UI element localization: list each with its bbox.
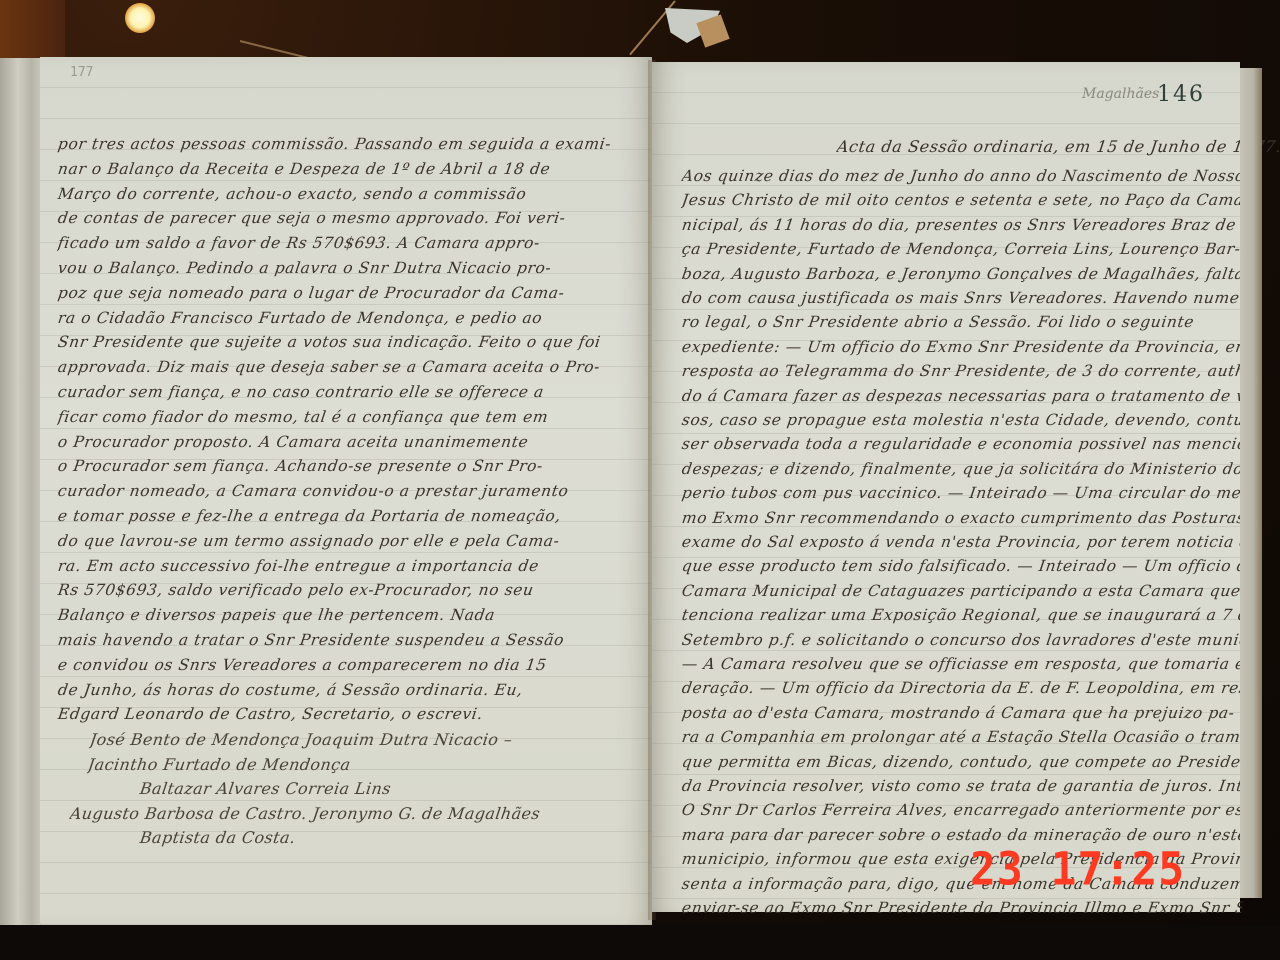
table-surface <box>0 925 1280 960</box>
handwritten-line: do com causa justificada os mais Snrs Ve… <box>681 289 1244 307</box>
minutes-heading: Acta da Sessão ordinaria, em 15 de Junho… <box>836 137 1280 156</box>
handwritten-line: mais havendo a tratar o Snr Presidente s… <box>57 631 640 649</box>
handwritten-line: ça Presidente, Furtado de Mendonça, Corr… <box>681 240 1244 258</box>
handwritten-line: do á Camara fazer as despezas necessaria… <box>681 387 1244 405</box>
handwritten-line: Camara Municipal de Cataguazes participa… <box>681 582 1244 600</box>
handwritten-line: ra a Companhia em prolongar até a Estaçã… <box>681 728 1244 746</box>
handwritten-line: Snr Presidente que sujeite a votos sua i… <box>57 333 640 351</box>
handwritten-line: vou o Balanço. Pedindo a palavra o Snr D… <box>57 259 640 277</box>
handwritten-line: enviar-se ao Exmo Snr Presidente da Prov… <box>681 899 1244 917</box>
page-header-annotation: Magalhães <box>1082 86 1159 102</box>
handwritten-line: e tomar posse e fez-lhe a entrega da Por… <box>57 507 640 525</box>
handwritten-line: posta ao d'esta Camara, mostrando á Cama… <box>681 704 1244 722</box>
handwritten-line: Março do corrente, achou-o exacto, sendo… <box>57 185 640 203</box>
handwritten-line: Balanço e diversos papeis que lhe perten… <box>57 606 640 624</box>
handwritten-line: — A Camara resolveu que se officiasse em… <box>681 655 1244 673</box>
signature-line: Baltazar Alvares Correia Lins <box>139 779 702 798</box>
camera-timestamp-overlay: 23 17:25 <box>970 844 1185 897</box>
handwritten-line: nicipal, ás 11 horas do dia, presentes o… <box>681 216 1244 234</box>
handwritten-line: ra. Em acto successivo foi-lhe entregue … <box>57 557 640 575</box>
handwritten-line: approvada. Diz mais que deseja saber se … <box>57 358 640 376</box>
handwritten-line: despezas; e dizendo, finalmente, que ja … <box>681 460 1244 478</box>
handwritten-line: e convidou os Snrs Vereadores a comparec… <box>57 656 640 674</box>
handwritten-line: curador nomeado, a Camara convidou-o a p… <box>57 482 640 500</box>
ledger-left-page: 177 por tres actos pessoas commissão. Pa… <box>40 57 652 927</box>
handwritten-line: sos, caso se propague esta molestia n'es… <box>681 411 1244 429</box>
handwritten-line: deração. — Um officio da Directoria da E… <box>681 679 1244 697</box>
handwritten-line: curador sem fiança, e no caso contrario … <box>57 383 640 401</box>
signature-line: Augusto Barbosa de Castro. Jeronymo G. d… <box>69 804 632 823</box>
handwritten-line: tenciona realizar uma Exposição Regional… <box>681 606 1244 624</box>
handwritten-line: perio tubos com pus vaccinico. — Inteira… <box>681 484 1244 502</box>
handwritten-line: mo Exmo Snr recommendando o exacto cumpr… <box>681 509 1244 527</box>
handwritten-line: ser observada toda a regularidade e econ… <box>681 435 1244 453</box>
handwritten-line: ra o Cidadão Francisco Furtado de Mendon… <box>57 309 640 327</box>
handwritten-line: que permitta em Bicas, dizendo, contudo,… <box>681 753 1244 771</box>
handwritten-line: o Procurador sem fiança. Achando-se pres… <box>57 457 640 475</box>
handwritten-line: O Snr Dr Carlos Ferreira Alves, encarreg… <box>681 801 1244 819</box>
handwritten-line: nar o Balanço da Receita e Despeza de 1º… <box>57 160 640 178</box>
signature-line: José Bento de Mendonça Joaquim Dutra Nic… <box>89 730 652 749</box>
handwritten-line: exame do Sal exposto á venda n'esta Prov… <box>681 533 1244 551</box>
handwritten-line: do que lavrou-se um termo assignado por … <box>57 532 640 550</box>
right-page-edges <box>1240 68 1262 898</box>
handwritten-line: por tres actos pessoas commissão. Passan… <box>57 135 640 153</box>
handwritten-line: expediente: — Um officio do Exmo Snr Pre… <box>681 338 1244 356</box>
ledger-right-page: Magalhães 146 Acta da Sessão ordinaria, … <box>652 62 1240 912</box>
ceiling-lamp <box>125 3 155 33</box>
handwritten-line: Jesus Christo de mil oito centos e seten… <box>681 191 1244 209</box>
handwritten-line: que esse producto tem sido falsificado. … <box>681 557 1244 575</box>
page-number: 146 <box>1157 82 1205 107</box>
signature-line: Baptista da Costa. <box>139 828 702 847</box>
handwritten-line: o Procurador proposto. A Camara aceita u… <box>57 433 640 451</box>
handwritten-line: Setembro p.f. e solicitando o concurso d… <box>681 631 1244 649</box>
handwritten-line: de contas de parecer que seja o mesmo ap… <box>57 209 640 227</box>
handwritten-line: Rs 570$693, saldo verificado pelo ex-Pro… <box>57 581 640 599</box>
handwritten-line: mara para dar parecer sobre o estado da … <box>681 826 1244 844</box>
handwritten-line: ficar como fiador do mesmo, tal é a conf… <box>57 408 640 426</box>
handwritten-line: de Junho, ás horas do costume, á Sessão … <box>57 681 640 699</box>
signature-line: Jacintho Furtado de Mendonça <box>87 755 650 774</box>
handwritten-line: poz que seja nomeado para o lugar de Pro… <box>57 284 640 302</box>
handwritten-line: ficado um saldo a favor de Rs 570$693. A… <box>57 234 640 252</box>
handwritten-line: ro legal, o Snr Presidente abrio a Sessã… <box>681 313 1244 331</box>
handwritten-line: Aos quinze dias do mez de Junho do anno … <box>681 167 1244 185</box>
handwritten-line: da Provincia resolver, visto como se tra… <box>681 777 1244 795</box>
handwritten-line: resposta ao Telegramma do Snr Presidente… <box>681 362 1244 380</box>
handwritten-line: Edgard Leonardo de Castro, Secretario, o… <box>57 705 640 723</box>
handwritten-line: boza, Augusto Barboza, e Jeronymo Gonçal… <box>681 265 1244 283</box>
corner-stamp: 177 <box>70 65 93 80</box>
